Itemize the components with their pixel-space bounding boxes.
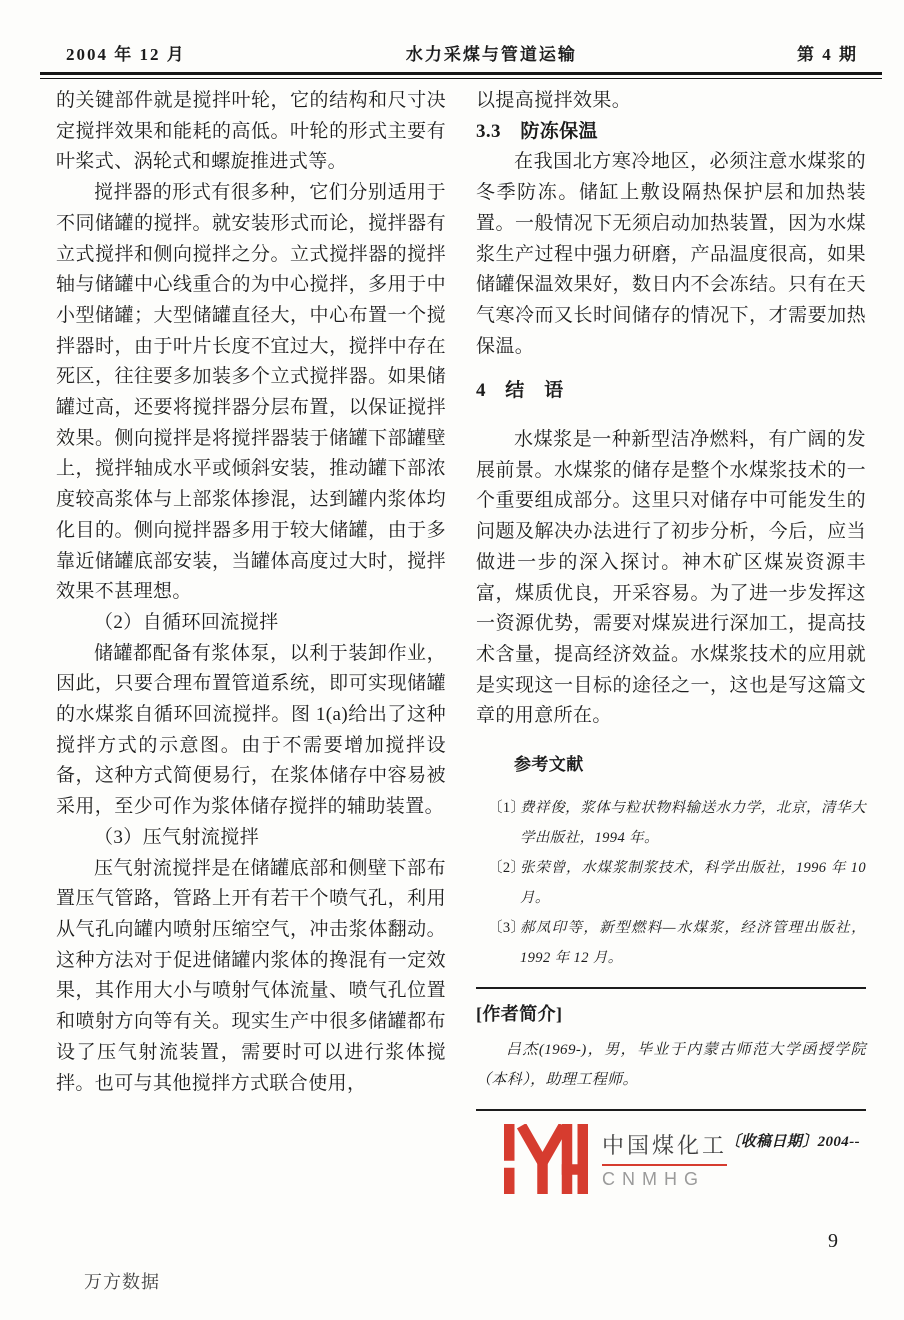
cnmhg-logo: 中国煤化工 CNMHG <box>504 1124 727 1194</box>
reference-label: 〔3〕 <box>488 913 525 943</box>
two-column-body: 的关键部件就是搅拌叶轮，它的结构和尺寸决定搅拌效果和能耗的高低。叶轮的形式主要有… <box>56 86 866 1158</box>
section-heading-4: 4 结 语 <box>476 376 866 407</box>
cnmhg-logo-title: 中国煤化工 <box>602 1129 727 1166</box>
header-double-rule <box>40 72 882 79</box>
reference-label: 〔2〕 <box>488 853 525 883</box>
reference-item: 〔2〕 张荣曾，水煤浆制浆技术，科学出版社，1996 年 10 月。 <box>476 853 866 913</box>
journal-header: 2004 年 12 月 水力采煤与管道运输 第 4 期 <box>66 40 858 65</box>
cnmhg-logo-text: 中国煤化工 CNMHG <box>602 1129 727 1190</box>
reference-item: 〔1〕 费祥俊，浆体与粒状物料输送水力学，北京，清华大学出版社，1994 年。 <box>476 793 866 853</box>
paragraph: 在我国北方寒冷地区，必须注意水煤浆的冬季防冻。储缸上敷设隔热保护层和加热装置。一… <box>476 147 866 362</box>
reference-item: 〔3〕 郝凤印等，新型燃料—水煤浆，经济管理出版社，1992 年 12 月。 <box>476 913 866 973</box>
page-number: 9 <box>828 1230 838 1253</box>
author-section-bottom-rule <box>476 1109 866 1111</box>
header-issue-number: 第 4 期 <box>797 40 858 65</box>
paragraph: 的关键部件就是搅拌叶轮，它的结构和尺寸决定搅拌效果和能耗的高低。叶轮的形式主要有… <box>56 86 446 178</box>
left-column: 的关键部件就是搅拌叶轮，它的结构和尺寸决定搅拌效果和能耗的高低。叶轮的形式主要有… <box>56 86 446 1158</box>
list-item-heading: （3）压气射流搅拌 <box>56 823 446 854</box>
header-journal-title: 水力采煤与管道运输 <box>406 40 577 65</box>
reference-text: 张荣曾，水煤浆制浆技术，科学出版社，1996 年 10 月。 <box>520 860 866 906</box>
author-section-top-rule <box>476 987 866 989</box>
paragraph: 搅拌器的形式有很多种，它们分别适用于不同储罐的搅拌。就安装形式而论，搅拌器有立式… <box>56 178 446 608</box>
references-heading: 参考文献 <box>514 750 866 781</box>
section-heading-3-3: 3.3 防冻保温 <box>476 117 866 148</box>
reference-text: 费祥俊，浆体与粒状物料输送水力学，北京，清华大学出版社，1994 年。 <box>520 800 866 846</box>
paragraph: 压气射流搅拌是在储罐底部和侧壁下部布置压气管路，管路上开有若干个喷气孔，利用从气… <box>56 854 446 1100</box>
header-issue-date: 2004 年 12 月 <box>66 40 186 65</box>
paragraph: 以提高搅拌效果。 <box>476 86 866 117</box>
scanned-paper-page: 2004 年 12 月 水力采煤与管道运输 第 4 期 的关键部件就是搅拌叶轮，… <box>0 0 904 1320</box>
cnmhg-monogram-icon <box>504 1124 588 1194</box>
reference-text: 郝凤印等，新型燃料—水煤浆，经济管理出版社，1992 年 12 月。 <box>520 920 866 966</box>
right-column: 以提高搅拌效果。 3.3 防冻保温 在我国北方寒冷地区，必须注意水煤浆的冬季防冻… <box>476 86 866 1158</box>
wanfang-watermark: 万方数据 <box>84 1268 160 1294</box>
author-bio-heading: [作者简介] <box>476 999 866 1030</box>
reference-label: 〔1〕 <box>488 793 525 823</box>
paragraph: 储罐都配备有浆体泵，以利于装卸作业，因此，只要合理布置管道系统，即可实现储罐的水… <box>56 639 446 823</box>
cnmhg-logo-subtitle: CNMHG <box>602 1169 727 1190</box>
list-item-heading: （2）自循环回流搅拌 <box>56 608 446 639</box>
author-bio-text: 吕杰(1969-)，男，毕业于内蒙古师范大学函授学院（本科），助理工程师。 <box>476 1035 866 1095</box>
paragraph: 水煤浆是一种新型洁净燃料，有广阔的发展前景。水煤浆的储存是整个水煤浆技术的一个重… <box>476 425 866 732</box>
